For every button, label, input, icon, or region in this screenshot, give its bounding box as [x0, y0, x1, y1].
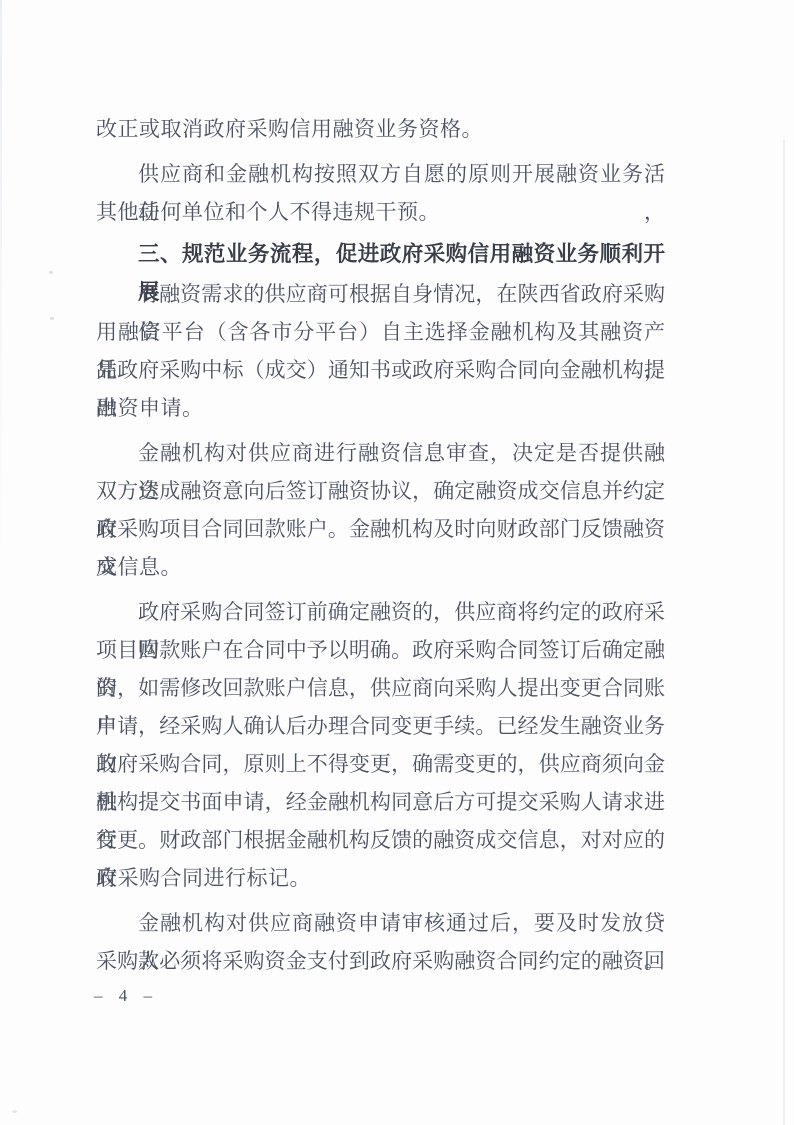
doc-line: 的，如需修改回款账户信息，供应商向采购人提出变更合同账户: [96, 669, 665, 707]
doc-line: 府采购项目合同回款账户。金融机构及时向财政部门反馈融资成: [96, 510, 665, 548]
document-body: 改正或取消政府采购信用融资业务资格。 供应商和金融机构按照双方自愿的原则开展融资…: [96, 110, 665, 980]
paragraph-6: 金融机构对供应商融资申请审核通过后，要及时发放贷款。 采购人必须将采购资金支付到…: [96, 904, 665, 980]
paragraph-5: 政府采购合同签订前确定融资的，供应商将约定的政府采购 项目回款账户在合同中予以明…: [96, 593, 665, 897]
paragraph-4: 金融机构对供应商进行融资信息审查，决定是否提供融资。 双方达成融资意向后签订融资…: [96, 434, 665, 586]
scan-speck: [49, 271, 53, 274]
doc-line: 变更。财政部门根据金融机构反馈的融资成交信息，对对应的政: [96, 821, 665, 859]
scan-line-right-artifact: [783, 140, 785, 1125]
scan-edge-left-artifact: [0, 0, 2, 560]
doc-line: 政府采购合同签订前确定融资的，供应商将约定的政府采购: [96, 593, 665, 631]
doc-line: 有融资需求的供应商可根据自身情况，在陕西省政府采购信: [96, 275, 665, 313]
doc-line: 凭政府采购中标（成交）通知书或政府采购合同向金融机构提出: [96, 351, 665, 389]
paragraph-3: 有融资需求的供应商可根据自身情况，在陕西省政府采购信 用融资平台（含各市分平台）…: [96, 275, 665, 427]
section-heading: 三、规范业务流程，促进政府采购信用融资业务顺利开展: [96, 235, 665, 273]
doc-line: 项目回款账户在合同中予以明确。政府采购合同签订后确定融资: [96, 631, 665, 669]
page-footer: – 4 –: [94, 983, 158, 1009]
doc-line: 用融资平台（含各市分平台）自主选择金融机构及其融资产品，: [96, 313, 665, 351]
doc-line: 改正或取消政府采购信用融资业务资格。: [96, 110, 665, 148]
doc-line: 双方达成融资意向后签订融资协议，确定融资成交信息并约定政: [96, 472, 665, 510]
doc-line: 融资申请。: [96, 389, 665, 427]
doc-line: 申请，经采购人确认后办理合同变更手续。已经发生融资业务的: [96, 707, 665, 745]
scan-speck: [50, 317, 54, 320]
doc-line: 金融机构对供应商进行融资信息审查，决定是否提供融资。: [96, 434, 665, 472]
doc-line: 采购人必须将采购资金支付到政府采购融资合同约定的融资回: [96, 942, 665, 980]
scan-speck: [12, 1110, 17, 1113]
doc-line: 供应商和金融机构按照双方自愿的原则开展融资业务活动，: [96, 155, 665, 193]
doc-line: 交信息。: [96, 548, 665, 586]
doc-line: 政府采购合同，原则上不得变更，确需变更的，供应商须向金融: [96, 745, 665, 783]
document-page: 改正或取消政府采购信用融资业务资格。 供应商和金融机构按照双方自愿的原则开展融资…: [0, 0, 794, 1125]
page-number: – 4 –: [94, 986, 158, 1005]
paragraph-1: 改正或取消政府采购信用融资业务资格。: [96, 110, 665, 148]
doc-line: 金融机构对供应商融资申请审核通过后，要及时发放贷款。: [96, 904, 665, 942]
doc-line: 府采购合同进行标记。: [96, 859, 665, 897]
paragraph-2: 供应商和金融机构按照双方自愿的原则开展融资业务活动， 其他任何单位和个人不得违规…: [96, 155, 665, 231]
doc-line: 机构提交书面申请，经金融机构同意后方可提交采购人请求进行: [96, 783, 665, 821]
